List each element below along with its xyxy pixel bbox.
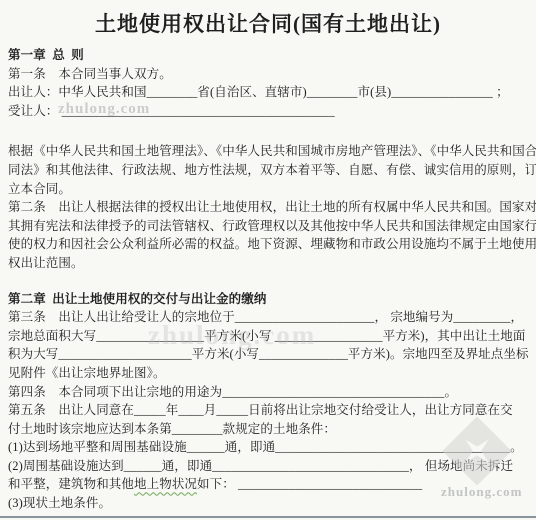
preamble-line2: 同法》和其他法律、行政法规、地方性法规，双方本着平等、自愿、有偿、诚实信用的原则… bbox=[8, 161, 528, 180]
preamble-line3: 立本合同。 bbox=[8, 180, 528, 199]
article2-line1: 第二条 出让人根据法律的授权出让土地使用权，出让土地的所有权属中华人民共和国。国… bbox=[8, 198, 528, 217]
article3-line4: 见附件《出让宗地界址图》。 bbox=[8, 364, 528, 383]
condition2-line2-prefix: 和平整，建筑物和其他 bbox=[8, 477, 134, 491]
preamble-line1: 根据《中华人民共和国土地管理法》、《中华人民共和国城市房地产管理法》、《中华人民… bbox=[8, 142, 528, 161]
document-title: 土地使用权出让合同(国有土地出让) bbox=[8, 8, 528, 38]
condition3-text: (3)现状土地条件。 bbox=[8, 494, 528, 513]
condition2-line2-suffix: 如下： _____________________________ bbox=[197, 477, 422, 491]
article3-line3: 积为大写_____________________平方米(小写_________… bbox=[8, 345, 528, 364]
blank-line bbox=[8, 120, 528, 142]
article5-line2: 付土地时该宗地应达到本条第________款规定的土地条件： bbox=[8, 420, 528, 439]
article3-line2: 宗地总面积大写_________________平方米(小写 _________… bbox=[8, 327, 528, 346]
page-bottom-divider bbox=[0, 516, 536, 518]
article1-text: 第一条 本合同当事人双方。 bbox=[8, 65, 528, 84]
article2-line3: 使的权力和因社会公众利益所必需的权益。地下资源、埋藏物和市政公用设施均不属于土地… bbox=[8, 235, 528, 254]
condition2-line2-spellcheck-underline: 地上物状况 bbox=[134, 477, 197, 491]
grantee-line: 受让人： ___________________________________… bbox=[8, 102, 528, 121]
article2-line2: 其拥有宪法和法律授予的司法管辖权、行政管理权以及其他按中华人民共和国法律规定由国… bbox=[8, 217, 528, 236]
article5-line1: 第五条 出让人同意在_____年____月_____日前将出让宗地交付给受让人，… bbox=[8, 401, 528, 420]
grantor-line: 出让人：中华人民共和国________省(自治区、直辖市)________市(县… bbox=[8, 83, 528, 102]
blank-line bbox=[8, 273, 528, 290]
condition2-line2: 和平整，建筑物和其他地上物状况如下： _____________________… bbox=[8, 475, 528, 494]
chapter1-heading: 第一章 总 则 bbox=[8, 46, 528, 65]
condition1-text: (1)达到场地平整和周围基础设施______通，即通______________… bbox=[8, 438, 528, 457]
contract-document: 土地使用权出让合同(国有土地出让) 第一章 总 则 第一条 本合同当事人双方。 … bbox=[0, 0, 536, 520]
chapter2-heading: 第二章 出让土地使用权的交付与出让金的缴纳 bbox=[8, 290, 528, 309]
article2-line4: 权出让范围。 bbox=[8, 254, 528, 273]
condition2-line1: (2)周围基础设施达到______通，即通___________________… bbox=[8, 457, 528, 476]
article3-line1: 第三条 出让人出让给受让人的宗地位于______________________… bbox=[8, 308, 528, 327]
article4-text: 第四条 本合同项下出让宗地的用途为_______________________… bbox=[8, 383, 528, 402]
